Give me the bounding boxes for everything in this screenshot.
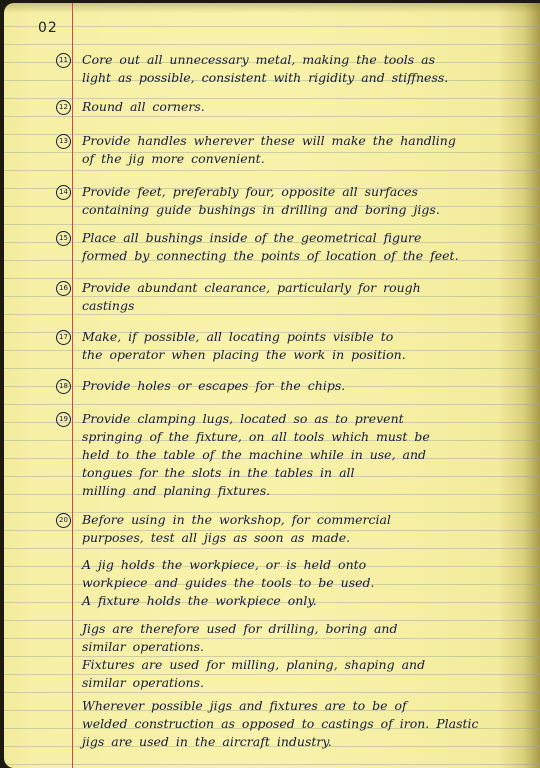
- page-top-shadow: [4, 3, 540, 13]
- item-number-badge: 15: [56, 231, 71, 246]
- item-number-badge: 18: [56, 379, 71, 394]
- item-text: Make, if possible, all locating points v…: [82, 328, 537, 364]
- item-number-badge: 13: [56, 134, 71, 149]
- item-text: Provide clamping lugs, located so as to …: [82, 410, 537, 500]
- item-number-badge: 20: [56, 513, 71, 528]
- notebook-page: 02 11 Core out all unnecessary metal, ma…: [4, 3, 540, 768]
- item-text: Provide feet, preferably four, opposite …: [82, 183, 537, 219]
- item-text: Provide holes or escapes for the chips.: [82, 377, 537, 395]
- item-number-badge: 11: [56, 53, 71, 68]
- item-text: Provide handles wherever these will make…: [82, 132, 537, 168]
- item-number-badge: 17: [56, 330, 71, 345]
- item-number-badge: 12: [56, 100, 71, 115]
- item-text: Place all bushings inside of the geometr…: [82, 229, 537, 265]
- item-text: Provide abundant clearance, particularly…: [82, 279, 537, 315]
- construction-paragraph: Wherever possible jigs and fixtures are …: [82, 697, 532, 751]
- definition-paragraph: A jig holds the workpiece, or is held on…: [82, 556, 532, 610]
- item-number-badge: 16: [56, 281, 71, 296]
- item-number-badge: 19: [56, 412, 71, 427]
- item-text: Before using in the workshop, for commer…: [82, 511, 537, 547]
- item-number-badge: 14: [56, 185, 71, 200]
- red-margin-line: [72, 3, 73, 768]
- item-text: Core out all unnecessary metal, making t…: [82, 51, 537, 87]
- page-number: 02: [38, 20, 58, 36]
- usage-paragraph: Jigs are therefore used for drilling, bo…: [82, 620, 532, 692]
- item-text: Round all corners.: [82, 98, 537, 116]
